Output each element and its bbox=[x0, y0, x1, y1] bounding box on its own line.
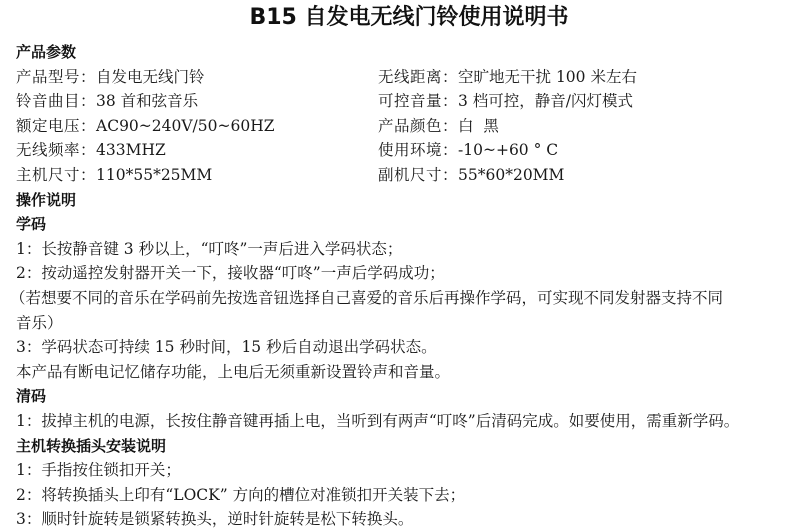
spec-value: 38 首和弦音乐 bbox=[96, 92, 198, 110]
spec-row: 无线频率：433MHZ 使用环境：-10~+60 ° C bbox=[16, 138, 786, 163]
learn-step: 2：按动遥控发射器开关一下，接收器“叮咚”一声后学码成功； bbox=[16, 261, 786, 286]
spec-value: 3 档可控，静音/闪灯模式 bbox=[458, 92, 633, 110]
spec-row: 主机尺寸：110*55*25MM 副机尺寸：55*60*20MM bbox=[16, 163, 786, 188]
spec-label: 副机尺寸： bbox=[378, 166, 458, 184]
spec-value: AC90~240V/50~60HZ bbox=[96, 117, 275, 135]
spec-environment: 使用环境：-10~+60 ° C bbox=[378, 138, 778, 163]
spec-value: 433MHZ bbox=[96, 141, 166, 159]
learn-step: 3：学码状态可持续 15 秒时间，15 秒后自动退出学码状态。 bbox=[16, 335, 786, 360]
spec-model: 产品型号：自发电无线门铃 bbox=[16, 65, 378, 90]
spec-row: 额定电压：AC90~240V/50~60HZ 产品颜色：白 黑 bbox=[16, 114, 786, 139]
plug-step: 3：顺时针旋转是锁紧转换头，逆时针旋转是松下转换头。 bbox=[16, 507, 786, 531]
spec-wireless-range: 无线距离：空旷地无干扰 100 米左右 bbox=[378, 65, 778, 90]
learn-note-continued: 音乐） bbox=[16, 311, 786, 336]
spec-voltage: 额定电压：AC90~240V/50~60HZ bbox=[16, 114, 378, 139]
learn-code-heading: 学码 bbox=[16, 212, 786, 237]
plug-install-heading: 主机转换插头安装说明 bbox=[16, 434, 786, 459]
spec-value: 白 黑 bbox=[458, 117, 499, 135]
spec-value: -10~+60 ° C bbox=[458, 141, 558, 159]
plug-step: 2：将转换插头上印有“LOCK” 方向的槽位对准锁扣开关装下去； bbox=[16, 483, 786, 508]
document-title: B15 自发电无线门铃使用说明书 bbox=[0, 4, 790, 32]
spec-ringtones: 铃音曲目：38 首和弦音乐 bbox=[16, 89, 378, 114]
spec-value: 55*60*20MM bbox=[458, 166, 564, 184]
specs-heading: 产品参数 bbox=[16, 40, 786, 65]
spec-label: 主机尺寸： bbox=[16, 166, 96, 184]
spec-label: 无线频率： bbox=[16, 141, 96, 159]
spec-value: 空旷地无干扰 100 米左右 bbox=[458, 68, 637, 86]
spec-label: 可控音量： bbox=[378, 92, 458, 110]
learn-step: 1：长按静音键 3 秒以上，“叮咚”一声后进入学码状态； bbox=[16, 237, 786, 262]
spec-label: 额定电压： bbox=[16, 117, 96, 135]
spec-row: 铃音曲目：38 首和弦音乐 可控音量：3 档可控，静音/闪灯模式 bbox=[16, 89, 786, 114]
spec-value: 自发电无线门铃 bbox=[96, 68, 205, 86]
plug-step: 1：手指按住锁扣开关； bbox=[16, 458, 786, 483]
spec-volume: 可控音量：3 档可控，静音/闪灯模式 bbox=[378, 89, 778, 114]
memory-note: 本产品有断电记忆储存功能，上电后无须重新设置铃声和音量。 bbox=[16, 360, 786, 385]
clear-step: 1：拔掉主机的电源，长按住静音键再插上电，当听到有两声“叮咚”后清码完成。如要使… bbox=[16, 409, 786, 434]
spec-label: 使用环境： bbox=[378, 141, 458, 159]
spec-color: 产品颜色：白 黑 bbox=[378, 114, 778, 139]
spec-label: 产品颜色： bbox=[378, 117, 458, 135]
learn-note: （若想要不同的音乐在学码前先按选音钮选择自己喜爱的音乐后再操作学码，可实现不同发… bbox=[10, 286, 786, 311]
spec-main-unit-size: 主机尺寸：110*55*25MM bbox=[16, 163, 378, 188]
document-body: 产品参数 产品型号：自发电无线门铃 无线距离：空旷地无干扰 100 米左右 铃音… bbox=[16, 40, 786, 531]
spec-label: 铃音曲目： bbox=[16, 92, 96, 110]
clear-code-heading: 清码 bbox=[16, 384, 786, 409]
spec-label: 无线距离： bbox=[378, 68, 458, 86]
spec-row: 产品型号：自发电无线门铃 无线距离：空旷地无干扰 100 米左右 bbox=[16, 65, 786, 90]
instruction-manual-page: B15 自发电无线门铃使用说明书 产品参数 产品型号：自发电无线门铃 无线距离：… bbox=[0, 0, 790, 531]
spec-value: 110*55*25MM bbox=[96, 166, 212, 184]
spec-label: 产品型号： bbox=[16, 68, 96, 86]
spec-frequency: 无线频率：433MHZ bbox=[16, 138, 378, 163]
spec-sub-unit-size: 副机尺寸：55*60*20MM bbox=[378, 163, 778, 188]
operation-heading: 操作说明 bbox=[16, 188, 786, 213]
